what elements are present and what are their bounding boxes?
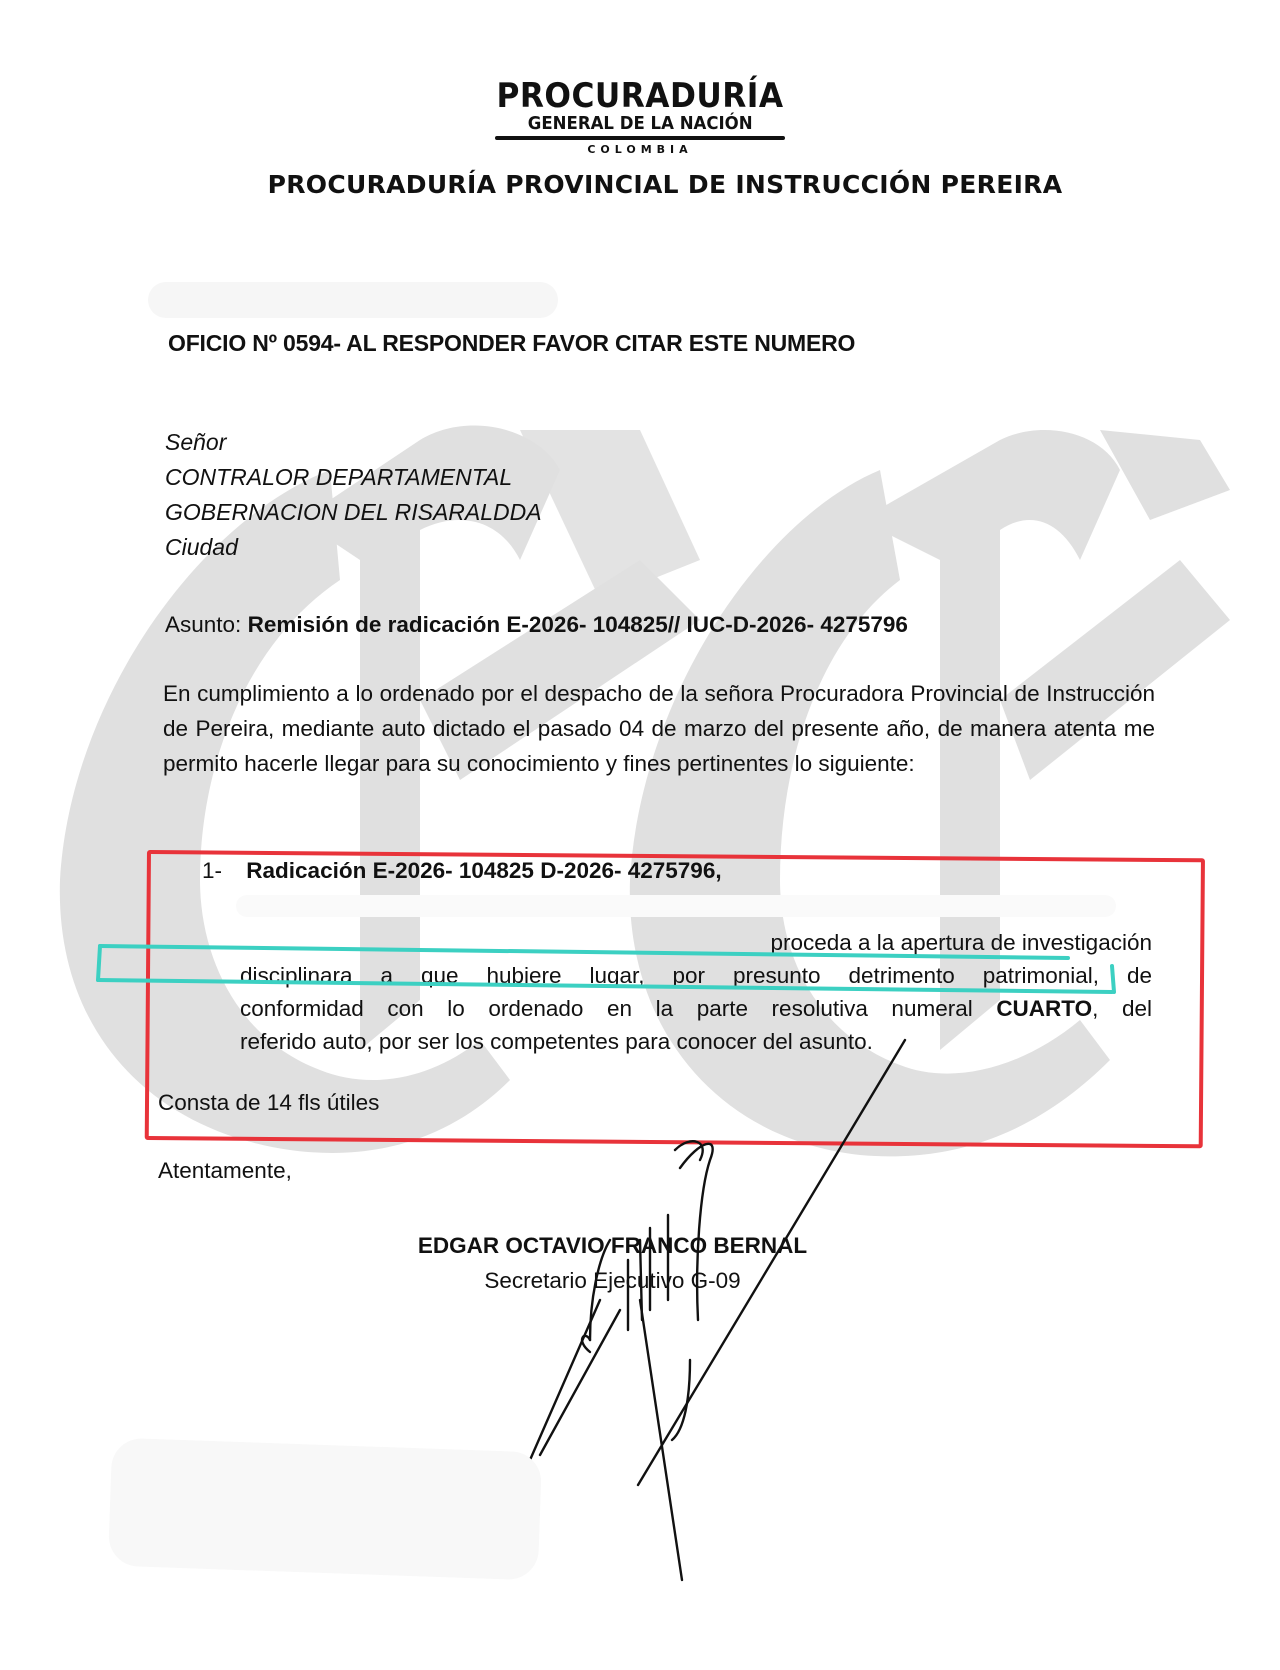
addressee-line: Señor — [165, 425, 542, 460]
closing-salutation: Atentamente, — [158, 1158, 292, 1184]
signature-icon — [0, 0, 1280, 1670]
item-title: Radicación E-2026- 104825 D-2026- 427579… — [246, 858, 721, 883]
teal-highlight-marks — [0, 0, 1280, 1670]
redacted-area — [236, 895, 1116, 917]
addressee-line: GOBERNACION DEL RISARALDDA — [165, 495, 542, 530]
logo-title: PROCURADURÍA — [496, 78, 783, 114]
office-name: PROCURADURÍA PROVINCIAL DE INSTRUCCIÓN P… — [0, 170, 1280, 199]
oficio-reference: OFICIO Nº 0594- AL RESPONDER FAVOR CITAR… — [168, 330, 855, 357]
body-paragraph: En cumplimiento a lo ordenado por el des… — [163, 676, 1155, 781]
watermark-logo — [0, 0, 1280, 1670]
item-line: disciplinara a que hubiere lugar, por pr… — [240, 959, 1152, 992]
item-number: 1- — [202, 858, 222, 883]
signer-name: EDGAR OCTAVIO FRANCO BERNAL — [0, 1233, 1225, 1259]
item-body: proceda a la apertura de investigación d… — [240, 926, 1152, 1058]
folio-count: Consta de 14 fls útiles — [158, 1090, 379, 1116]
institution-logo: PROCURADURÍA GENERAL DE LA NACIÓN COLOMB… — [0, 78, 1280, 157]
addressee-block: Señor CONTRALOR DEPARTAMENTAL GOBERNACIO… — [165, 425, 542, 565]
numeral-cuarto: CUARTO — [996, 996, 1092, 1021]
signer-title: Secretario Ejecutivo G-09 — [0, 1268, 1225, 1294]
addressee-line: Ciudad — [165, 530, 542, 565]
item-line: conformidad con lo ordenado en la parte … — [240, 992, 1152, 1025]
item-line: proceda a la apertura de investigación — [240, 926, 1152, 959]
subject-text: Remisión de radicación E-2026- 104825// … — [248, 612, 908, 637]
logo-rule — [495, 136, 785, 140]
redacted-area — [108, 1438, 542, 1581]
subject-label: Asunto: — [165, 612, 241, 637]
logo-subtitle: GENERAL DE LA NACIÓN — [528, 114, 753, 134]
addressee-line: CONTRALOR DEPARTAMENTAL — [165, 460, 542, 495]
item-heading: 1- Radicación E-2026- 104825 D-2026- 427… — [202, 858, 722, 884]
subject-line: Asunto: Remisión de radicación E-2026- 1… — [165, 612, 908, 638]
logo-country: COLOMBIA — [0, 143, 1280, 157]
item-line: referido auto, por ser los competentes p… — [240, 1025, 1152, 1058]
redacted-area — [148, 282, 558, 318]
